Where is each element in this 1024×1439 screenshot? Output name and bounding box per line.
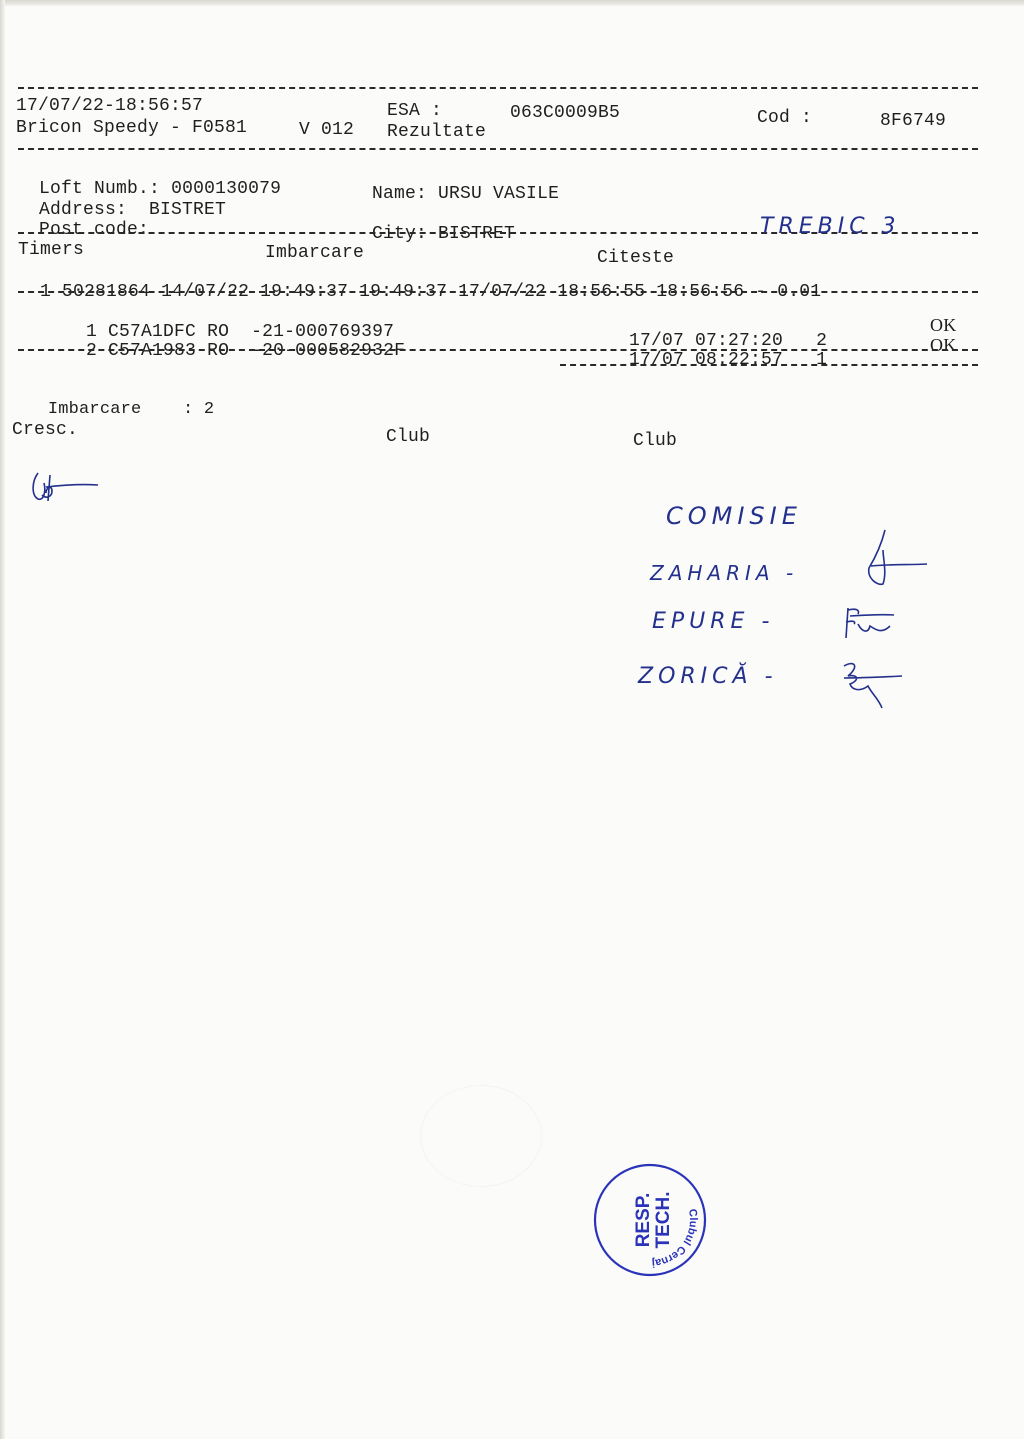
scan-edge-top <box>0 0 1024 6</box>
commission-title: COMISIE <box>666 502 802 530</box>
name-label: Name: <box>372 184 427 204</box>
imbarcare-header: Imbarcare <box>265 243 364 263</box>
city-label: City: <box>372 224 427 244</box>
cod-label: Cod : <box>757 108 812 128</box>
zaharia-signature <box>855 528 935 593</box>
summary-imbarcare: Imbarcare : 2 <box>27 380 214 420</box>
fancier-name: Name: URSU VASILE <box>350 164 559 204</box>
document-type: Rezultate <box>387 122 486 142</box>
timer-row: 1 50281864 14/07/22 19:49:37 19:49:37 17… <box>18 262 821 302</box>
zorica-signature <box>838 658 908 718</box>
commission-member-2: EPURE - <box>652 609 774 634</box>
imbarcare-label: Imbarcare <box>48 400 142 419</box>
faint-watermark <box>420 1085 542 1187</box>
ring-country: RO <box>207 341 229 361</box>
divider-header <box>18 148 978 150</box>
commission-member-3: ZORICĂ - <box>638 664 778 689</box>
club-signature-label-1: Club <box>386 427 430 447</box>
scan-edge-left <box>0 0 5 1439</box>
stamp-line-2: TECH. <box>653 1192 674 1249</box>
device-name: Bricon Speedy - F0581 <box>16 118 247 138</box>
breeder-signature <box>28 465 108 510</box>
chip-id: C57A1983 <box>108 341 196 361</box>
cod-value: 8F6749 <box>880 111 946 131</box>
imbarcare-count: : 2 <box>183 400 214 419</box>
arrival-status: OK <box>930 335 956 355</box>
arrival-clock: 08:22:57 <box>695 350 783 370</box>
arrival-status: OK <box>930 315 956 335</box>
fancier-city: City: BISTRET <box>350 204 515 244</box>
print-datetime: 17/07/22-18:56:57 <box>16 96 203 116</box>
arrival-date: 17/07 <box>629 350 684 370</box>
divider-top <box>18 87 978 89</box>
breeder-signature-label: Cresc. <box>12 420 78 440</box>
fancier-postcode: Post code: <box>17 200 160 240</box>
device-version: V 012 <box>299 120 354 140</box>
divider-timers <box>18 291 978 293</box>
arrival-row: 2 C57A1983 RO -20-000582932F <box>42 321 405 381</box>
fancier-name-value: URSU VASILE <box>438 184 559 204</box>
club-stamp: Clubul Cernaj RESP. TECH. <box>593 1163 707 1277</box>
esa-label: ESA : <box>387 101 442 121</box>
divider-arrivals-top <box>18 349 978 351</box>
postcode-label: Post code: <box>39 220 149 240</box>
arrival-time: 17/07 08:22:57 1 <box>585 330 827 390</box>
esa-value: 063C0009B5 <box>510 103 620 123</box>
commission-member-1: ZAHARIA - <box>650 561 798 585</box>
divider-arrivals-bottom <box>560 364 978 366</box>
arrival-position: 1 <box>816 350 827 370</box>
stamp-line-1: RESP. <box>633 1193 654 1248</box>
arrival-index: 2 <box>86 341 97 361</box>
epure-signature <box>840 600 900 645</box>
address-value: BISTRET <box>149 200 226 220</box>
timers-title: Timers <box>18 240 84 260</box>
ring-number: -20-000582932F <box>251 341 405 361</box>
handwritten-race-note: TREBIC 3 <box>760 214 901 239</box>
city-value: BISTRET <box>438 224 515 244</box>
club-signature-label-2: Club <box>633 431 677 451</box>
